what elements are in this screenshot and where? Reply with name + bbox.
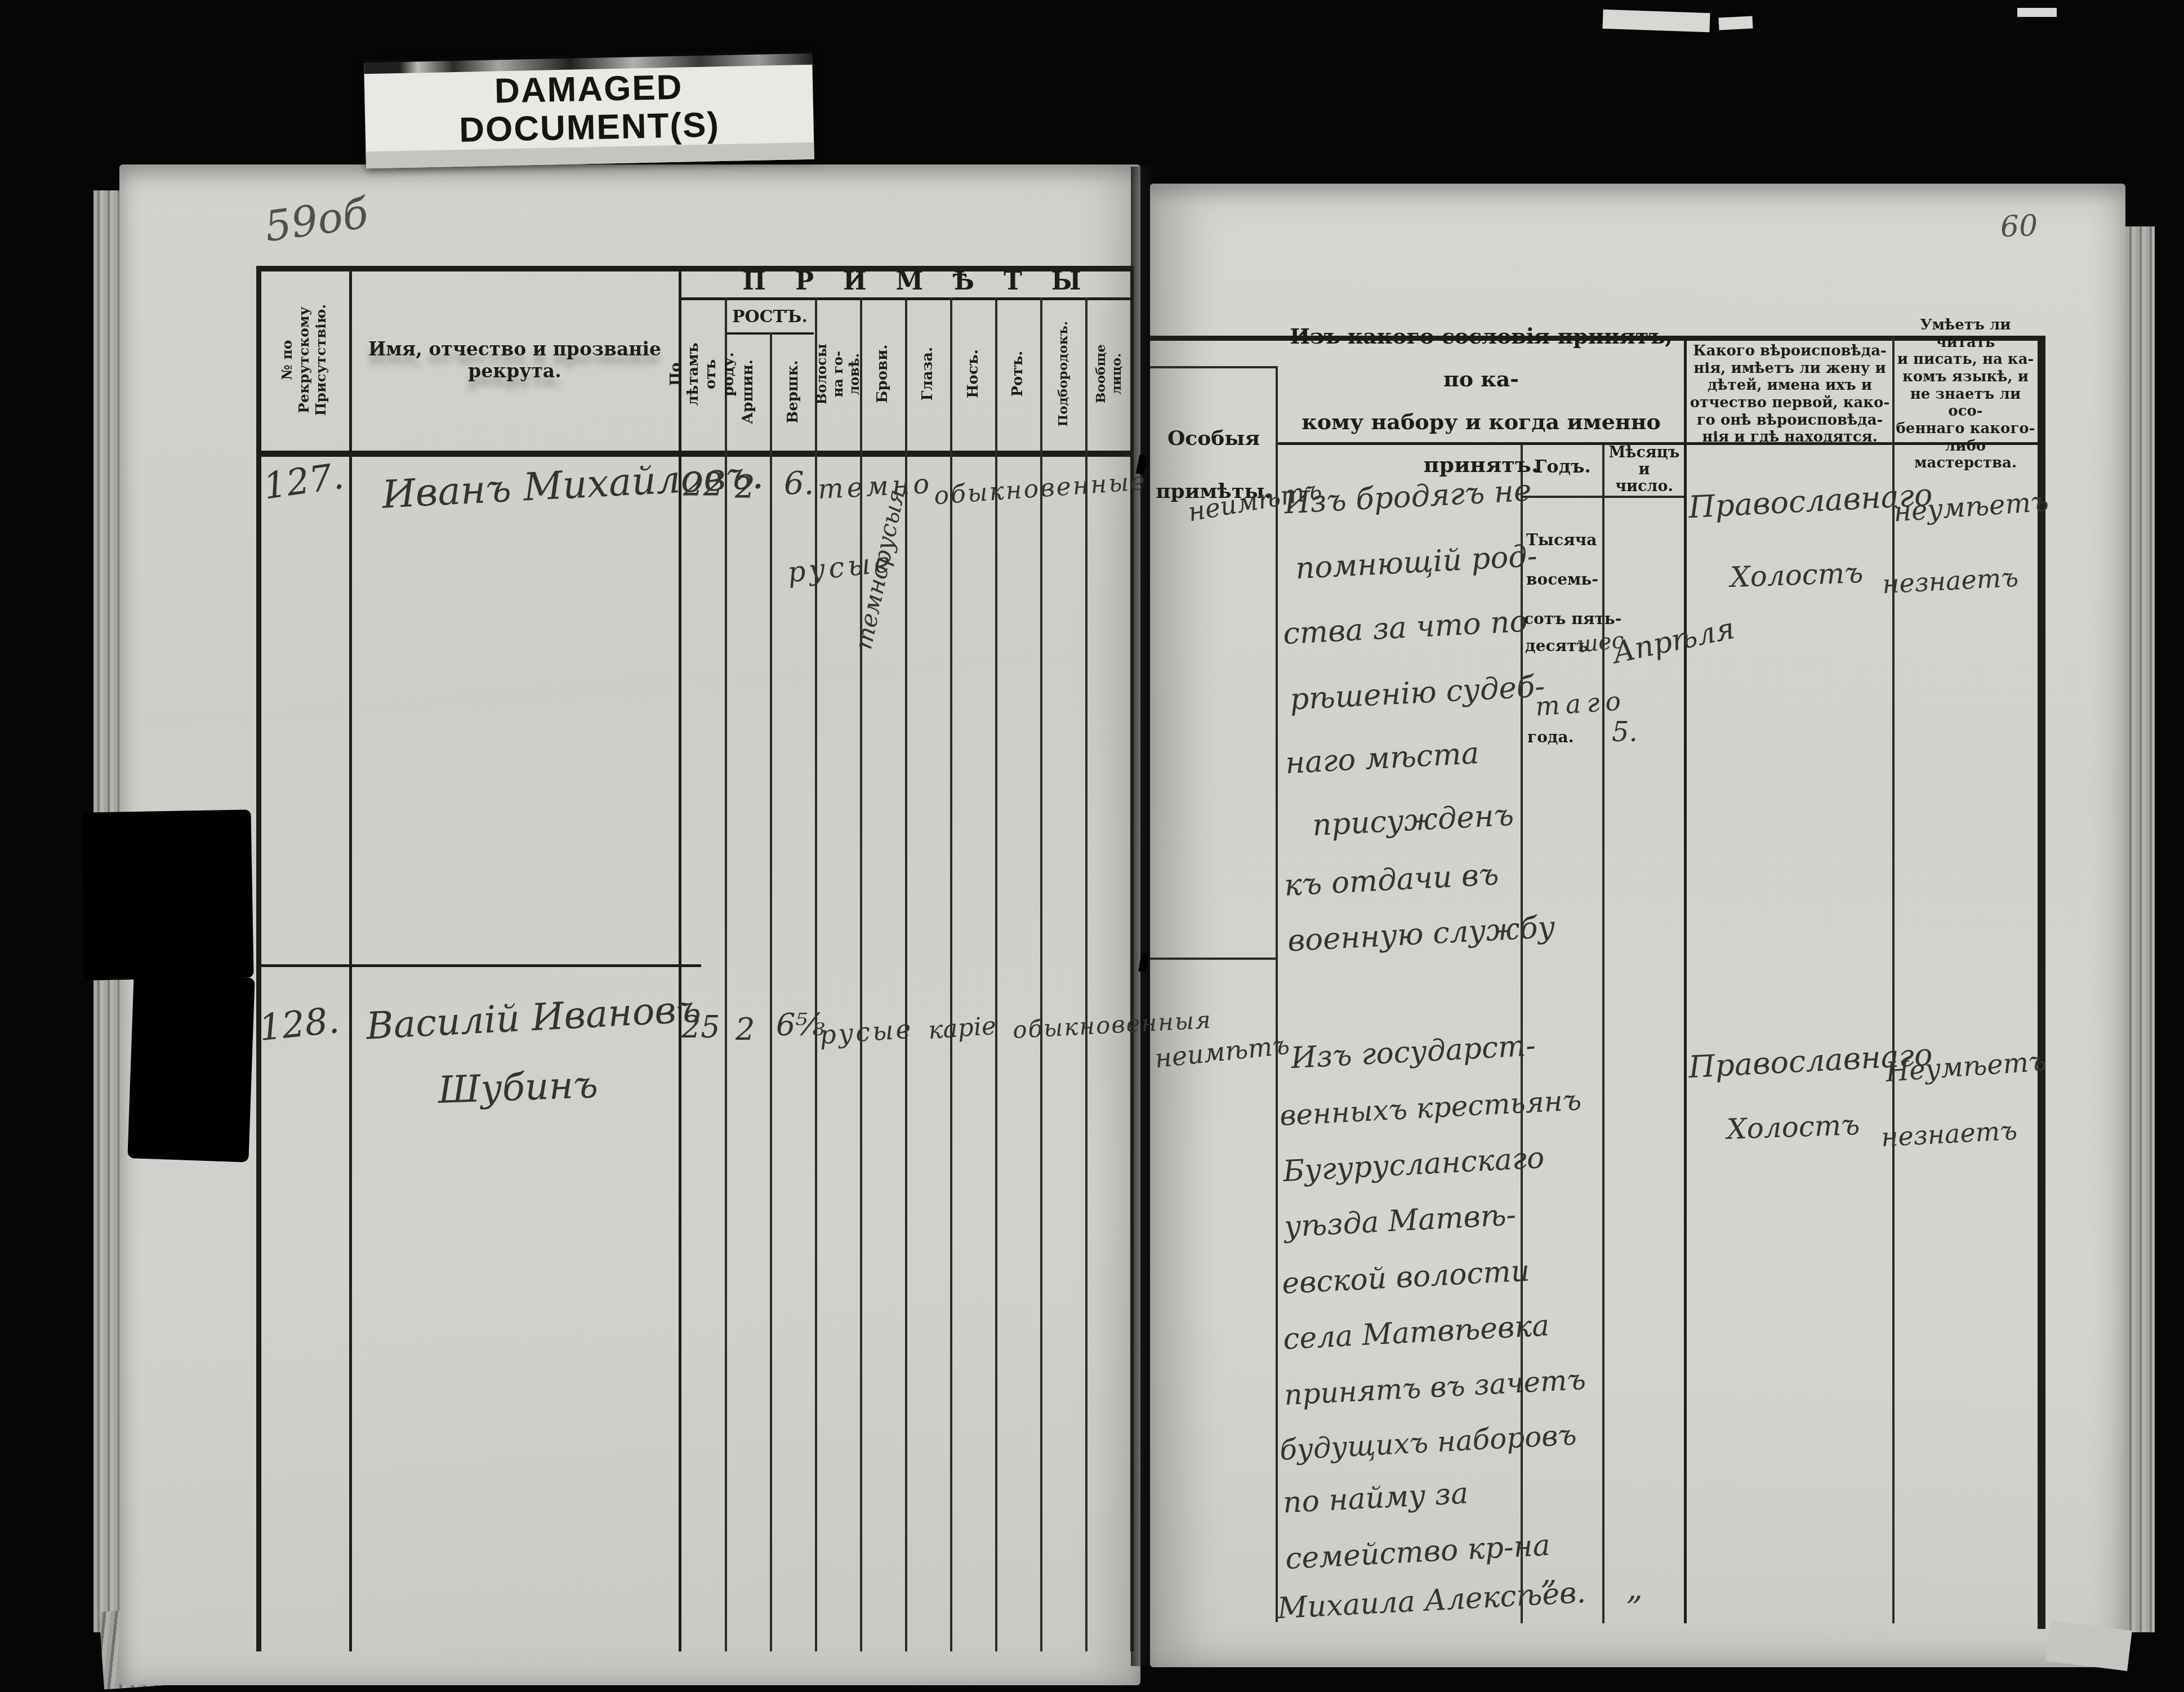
r128-year-ditto: „ <box>1541 1555 1557 1591</box>
black-bookmark-lower <box>127 973 255 1162</box>
lp-col-vershok-cell: Вершк. <box>771 335 815 449</box>
rp-v-month-right <box>1684 336 1687 1623</box>
lp-col-nose-cell: Носъ. <box>951 299 995 449</box>
damaged-label-line1: DAMAGED <box>494 68 683 111</box>
lp-col-chin-cell: Подбородокъ. <box>1041 299 1085 449</box>
rp-osobya-top <box>1150 366 1276 368</box>
lp-col-brows-label: Брови. <box>874 345 892 403</box>
lp-col-arshin-cell: Аршин. <box>726 335 770 449</box>
lp-col-eyes-cell: Глаза. <box>906 299 950 449</box>
lp-v3 <box>815 297 817 1651</box>
lp-col-arshin-label: Аршин. <box>739 360 756 425</box>
lp-col-hair-label: Волосы на го- ловѣ. <box>814 344 862 404</box>
row127-arshin: 2 <box>735 469 755 505</box>
row128-age: 25 <box>681 1009 720 1045</box>
r127-day-hand: 5. <box>1612 716 1638 748</box>
lp-col-chin-label: Подбородокъ. <box>1055 321 1071 426</box>
rp-estate-label: Изъ какого сословія принятъ, по ка- кому… <box>1280 358 1683 443</box>
right-page-edges <box>2125 226 2155 1632</box>
lp-col-eyes-label: Глаза. <box>919 347 937 401</box>
lp-col-vershok-label: Вершк. <box>784 360 801 424</box>
r128-religion-line2: Холостъ <box>1726 1108 1860 1146</box>
lp-col-mouth-cell: Ротъ. <box>996 299 1040 449</box>
rp-v-right-border <box>2038 336 2045 1629</box>
damaged-document-label: DAMAGED DOCUMENT(S) <box>364 54 814 169</box>
lp-rost-label: РОСТЪ. <box>726 303 814 330</box>
paper-speck-3 <box>2017 8 2057 17</box>
rp-month-day-label: Мѣсяцъ и число. <box>1604 444 1684 496</box>
row128-hair: русые <box>818 1013 914 1050</box>
damaged-label-line2: DOCUMENT(S) <box>459 105 720 150</box>
lp-primety-title: ПРИМѢТЫ <box>679 266 1152 296</box>
rp-v-osobya <box>1276 366 1278 1622</box>
lp-col-face-cell: Вообще лицо. <box>1086 299 1130 449</box>
lp-row-divider <box>256 964 701 967</box>
paper-speck-2 <box>1718 16 1753 30</box>
lp-col-nose-label: Носъ. <box>964 350 982 399</box>
lp-v1 <box>725 297 727 1651</box>
black-bookmark-upper <box>82 809 253 980</box>
row127-hair-line1: темно <box>817 468 934 506</box>
rp-row-divider <box>1150 958 1276 960</box>
lp-v-no-name <box>349 266 352 1651</box>
rp-v-religion-right <box>1892 336 1895 1623</box>
lp-col-no-label: № по Рекрутскому Присутствію. <box>279 304 329 416</box>
lp-col-mouth-label: Ротъ. <box>1009 351 1027 397</box>
rp-religion-label: Какого вѣроисповѣда- нія, имѣетъ ли жену… <box>1690 345 1890 444</box>
row128-vershok: 6⅝ <box>776 1007 825 1043</box>
row128-name-line2: Шубинъ <box>438 1063 599 1112</box>
rp-literacy-label: Умѣетъ ли читать и писать, на ка- комъ я… <box>1896 345 2035 444</box>
row128-number: 128. <box>257 1000 341 1049</box>
r128-month-ditto: „ <box>1626 1570 1643 1607</box>
lp-v2 <box>770 332 772 1651</box>
r127-year-printed-1: Тысяча <box>1526 531 1597 549</box>
r127-year-suffix: года. <box>1527 728 1574 746</box>
damaged-label-text: DAMAGED DOCUMENT(S) <box>364 66 814 152</box>
lp-col-hair-cell: Волосы на го- ловѣ. <box>816 299 860 449</box>
row127-vershok: 6. <box>784 465 814 502</box>
lp-col-age-cell: По лѣтамъ отъ роду. <box>680 299 725 449</box>
paper-speck-1 <box>1602 10 1710 33</box>
lp-col-name-label: Имя, отчество и прозваніе рекрута. <box>352 270 678 449</box>
folio-number-right: 60 <box>2000 209 2038 244</box>
r127-religion-line2: Холостъ <box>1730 556 1864 594</box>
row128-arshin: 2 <box>736 1012 755 1047</box>
lp-col-face-label: Вообще лицо. <box>1093 345 1124 404</box>
r127-year-printed-2: восемь- <box>1526 570 1598 589</box>
lp-col-brows-cell: Брови. <box>861 299 905 449</box>
lp-header-bottom <box>256 451 1133 457</box>
r127-year-printed-3: сотъ пять- <box>1524 609 1621 628</box>
lp-v-left <box>256 266 261 1651</box>
lp-col-no-cell: № по Рекрутскому Присутствію. <box>259 270 349 449</box>
row127-age: 22 <box>683 466 723 503</box>
row128-eyes: каріе <box>927 1012 997 1045</box>
rp-year-label: Годъ. <box>1523 449 1602 483</box>
lp-v9 <box>1085 297 1087 1651</box>
